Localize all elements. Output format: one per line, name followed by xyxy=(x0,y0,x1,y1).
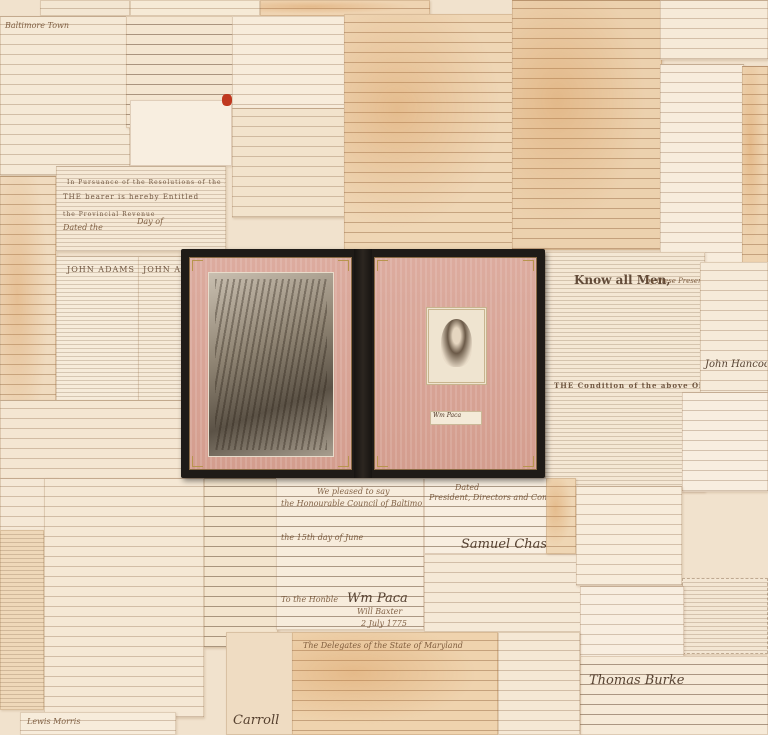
gilt-corner-ornament xyxy=(377,456,388,467)
document-text: JOHN ADAMS xyxy=(67,265,135,274)
document-letter xyxy=(0,400,186,480)
document-text: by these Presents, xyxy=(646,277,705,285)
document-text: the 15th day of June xyxy=(281,533,363,542)
document-letter xyxy=(232,108,348,218)
document-letter xyxy=(204,478,278,648)
document-center-letter: We pleased to say the Honourable Council… xyxy=(276,478,424,630)
document-text: We pleased to say xyxy=(317,487,390,496)
document-text: Dated xyxy=(455,483,479,492)
gilt-corner-ornament xyxy=(523,456,534,467)
gilt-corner-ornament xyxy=(523,260,534,271)
document-text: To the Honble xyxy=(281,595,338,604)
signature-text: Thomas Burke xyxy=(589,673,684,688)
document-printed xyxy=(0,530,44,710)
document-letter xyxy=(682,392,768,492)
document-letter xyxy=(742,66,768,266)
document-top-strip xyxy=(40,0,130,16)
document-text: In Pursuance of the Resolutions of the P… xyxy=(67,179,226,186)
document-text: THE Condition of the above Obligation xyxy=(554,381,705,390)
portrait-figure xyxy=(441,319,472,367)
document-letter xyxy=(660,64,744,264)
open-folio-case: Wm Paca xyxy=(181,249,545,478)
signature-text: Carroll xyxy=(233,713,279,728)
signature-text: John Hancock xyxy=(705,359,768,370)
document-text: Dated the xyxy=(63,223,103,232)
gilt-corner-ornament xyxy=(338,456,349,467)
document-letter-folded xyxy=(512,0,662,250)
document-letter: Baltimore Town xyxy=(0,16,130,176)
document-thomas-burke-letter: Thomas Burke xyxy=(580,656,768,735)
folio-spine xyxy=(354,249,372,478)
document-text: THE bearer is hereby Entitled xyxy=(63,193,199,201)
document-text: Lewis Morris xyxy=(27,717,80,726)
document-maryland-delegates: The Delegates of the State of Maryland xyxy=(292,632,498,735)
framed-portrait xyxy=(426,307,487,385)
document-text: President, Directors and Company xyxy=(429,493,548,502)
document-know-all-men-bond: Know all Men, by these Presents, THE Con… xyxy=(545,252,705,492)
document-top-strip xyxy=(130,0,260,16)
clipped-signature: Wm Paca xyxy=(430,411,482,425)
gilt-corner-ornament xyxy=(377,260,388,271)
document-letter xyxy=(546,478,576,554)
document-letter xyxy=(660,0,768,60)
document-john-adams-commission: JOHN ADAMS xyxy=(56,256,140,406)
document-john-adams-commission: JOHN A xyxy=(138,256,184,406)
gilt-corner-ornament xyxy=(192,456,203,467)
document-chase-letter: Dated President, Directors and Company S… xyxy=(424,478,548,554)
document-letter xyxy=(498,632,580,735)
gilt-corner-ornament xyxy=(192,260,203,271)
document-text: 2 July 1775 xyxy=(361,619,407,628)
folio-right-panel: Wm Paca xyxy=(374,257,537,470)
document-strip: Lewis Morris xyxy=(20,712,176,735)
document-text: Day of xyxy=(137,217,163,226)
document-text: JOHN A xyxy=(143,265,181,274)
document-text: Baltimore Town xyxy=(5,21,69,30)
document-letter xyxy=(424,554,588,632)
folio-left-panel xyxy=(189,257,352,470)
signature-text: Wm Paca xyxy=(347,591,408,606)
document-letter xyxy=(576,486,682,586)
signature-text: Samuel Chase xyxy=(461,537,548,552)
gilt-corner-ornament xyxy=(338,260,349,271)
document-provincial-bill: In Pursuance of the Resolutions of the P… xyxy=(56,166,226,252)
document-certificate xyxy=(682,578,768,654)
document-letter-large xyxy=(44,478,204,718)
document-envelope: Carroll xyxy=(226,632,296,735)
document-text: The Delegates of the State of Maryland xyxy=(303,641,463,650)
document-text: Will Baxter xyxy=(357,607,402,616)
wax-seal xyxy=(222,94,232,106)
document-letter xyxy=(344,14,520,250)
document-john-hancock-letter: John Hancock xyxy=(700,262,768,398)
declaration-signing-engraving xyxy=(208,272,334,457)
document-blank-cover xyxy=(130,100,232,166)
document-text: the Honourable Council of Baltimore xyxy=(281,499,424,508)
